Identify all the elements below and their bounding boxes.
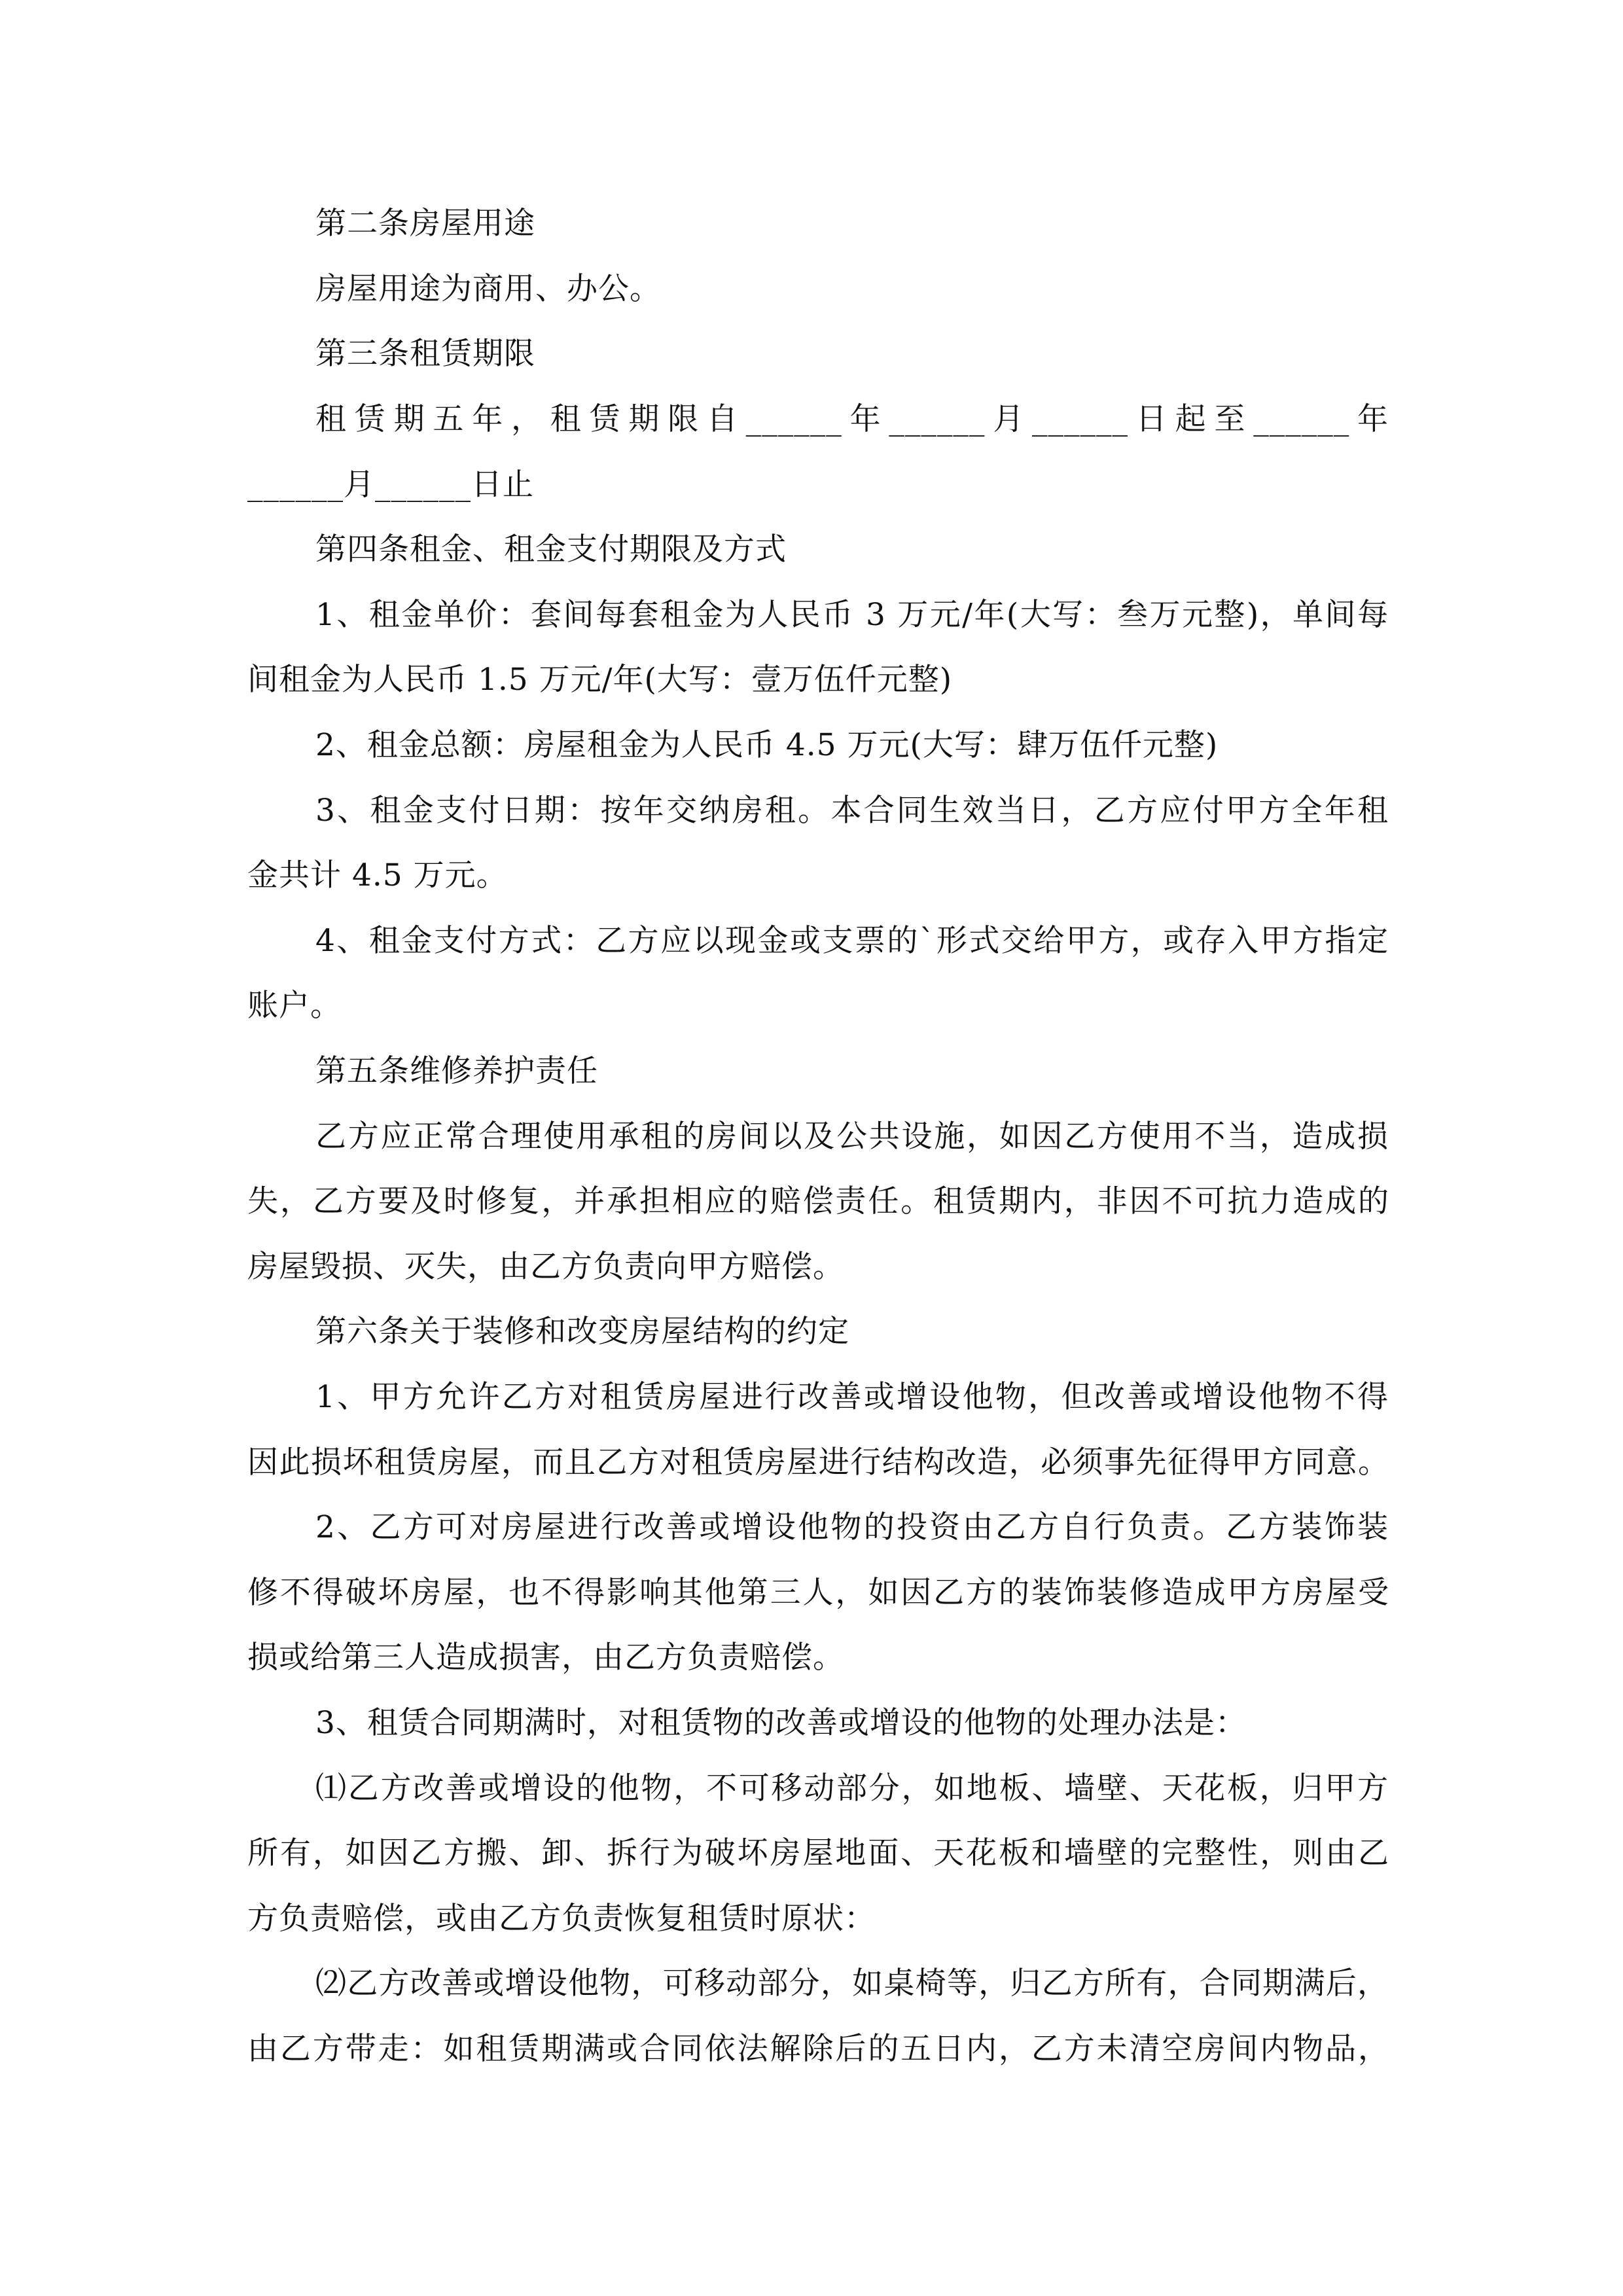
paragraph-line: 失，乙方要及时修复，并承担相应的赔偿责任。租赁期内，非因不可抗力造成的	[247, 1182, 1389, 1221]
paragraph-line: 1、甲方允许乙方对租赁房屋进行改善或增设他物，但改善或增设他物不得	[315, 1378, 1389, 1417]
paragraph-line: 4、租金支付方式：乙方应以现金或支票的`形式交给甲方，或存入甲方指定	[315, 922, 1389, 961]
paragraph-line: 3、租赁合同期满时，对租赁物的改善或增设的他物的处理办法是：	[315, 1704, 1389, 1743]
paragraph-line: ⑵乙方改善或增设他物，可移动部分，如桌椅等，归乙方所有，合同期满后，	[315, 1964, 1389, 2003]
section-heading-article-6: 第六条关于装修和改变房屋结构的约定	[315, 1312, 1389, 1352]
paragraph-line: 账户。	[247, 986, 1389, 1026]
section-heading-article-4: 第四条租金、租金支付期限及方式	[315, 530, 1389, 569]
section-heading-article-3: 第三条租赁期限	[315, 334, 1389, 374]
paragraph-line: 租赁期五年，租赁期限自______年______月______日起至______…	[315, 400, 1389, 439]
paragraph-line: 2、租金总额：房屋租金为人民币 4.5 万元(大写：肆万伍仟元整)	[315, 726, 1389, 765]
paragraph-line: ⑴乙方改善或增设的他物，不可移动部分，如地板、墙壁、天花板，归甲方	[315, 1769, 1389, 1808]
paragraph-line: 修不得破坏房屋，也不得影响其他第三人，如因乙方的装饰装修造成甲方房屋受	[247, 1573, 1389, 1613]
paragraph-line: 由乙方带走：如租赁期满或合同依法解除后的五日内，乙方未清空房间内物品，	[247, 2030, 1389, 2069]
paragraph-line: ______月______日止	[247, 465, 1389, 505]
paragraph-line: 1、租金单价：套间每套租金为人民币 3 万元/年(大写：叁万元整)，单间每	[315, 596, 1389, 635]
paragraph-line: 方负责赔偿，或由乙方负责恢复租赁时原状：	[247, 1899, 1389, 1939]
paragraph-line: 房屋毁损、灭失，由乙方负责向甲方赔偿。	[247, 1247, 1389, 1287]
paragraph-line: 损或给第三人造成损害，由乙方负责赔偿。	[247, 1638, 1389, 1677]
paragraph-line: 乙方应正常合理使用承租的房间以及公共设施，如因乙方使用不当，造成损	[315, 1117, 1389, 1157]
paragraph-line: 间租金为人民币 1.5 万元/年(大写：壹万伍仟元整)	[247, 660, 1389, 700]
paragraph-line: 因此损坏租赁房屋，而且乙方对租赁房屋进行结构改造，必须事先征得甲方同意。	[247, 1443, 1389, 1482]
paragraph-line: 所有，如因乙方搬、卸、拆行为破坏房屋地面、天花板和墙壁的完整性，则由乙	[247, 1834, 1389, 1873]
section-heading-article-2: 第二条房屋用途	[315, 204, 1389, 243]
section-heading-article-5: 第五条维修养护责任	[315, 1052, 1389, 1091]
paragraph-line: 房屋用途为商用、办公。	[315, 270, 1389, 309]
paragraph-line: 3、租金支付日期：按年交纳房租。本合同生效当日，乙方应付甲方全年租	[315, 791, 1389, 831]
paragraph-line: 金共计 4.5 万元。	[247, 856, 1389, 895]
paragraph-line: 2、乙方可对房屋进行改善或增设他物的投资由乙方自行负责。乙方装饰装	[315, 1508, 1389, 1547]
document-page: 第二条房屋用途 房屋用途为商用、办公。 第三条租赁期限 租赁期五年，租赁期限自_…	[0, 0, 1623, 2296]
